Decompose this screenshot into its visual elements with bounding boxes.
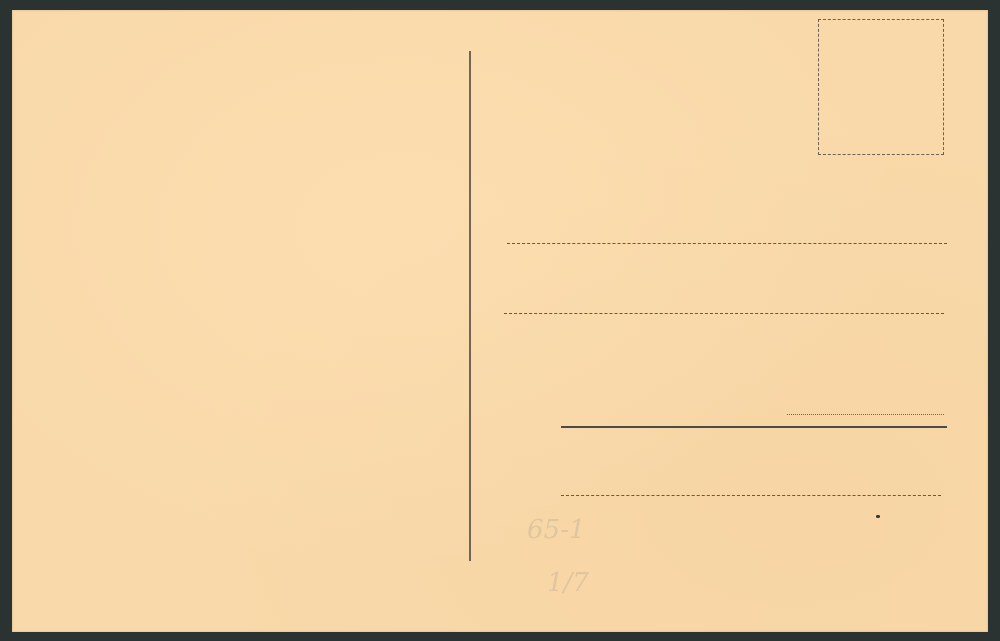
postcard-back: 65-1 1/7 [12, 10, 988, 632]
address-line-4 [561, 495, 941, 496]
stamp-box [818, 19, 944, 155]
pencil-note-2: 1/7 [547, 568, 589, 598]
ink-speck [876, 515, 880, 518]
address-line-1 [507, 243, 947, 244]
center-divider-line [469, 51, 471, 561]
pencil-note-1: 65-1 [527, 515, 585, 545]
address-line-2 [504, 313, 944, 314]
address-line-3 [561, 426, 947, 428]
address-line-3-short [787, 414, 944, 415]
